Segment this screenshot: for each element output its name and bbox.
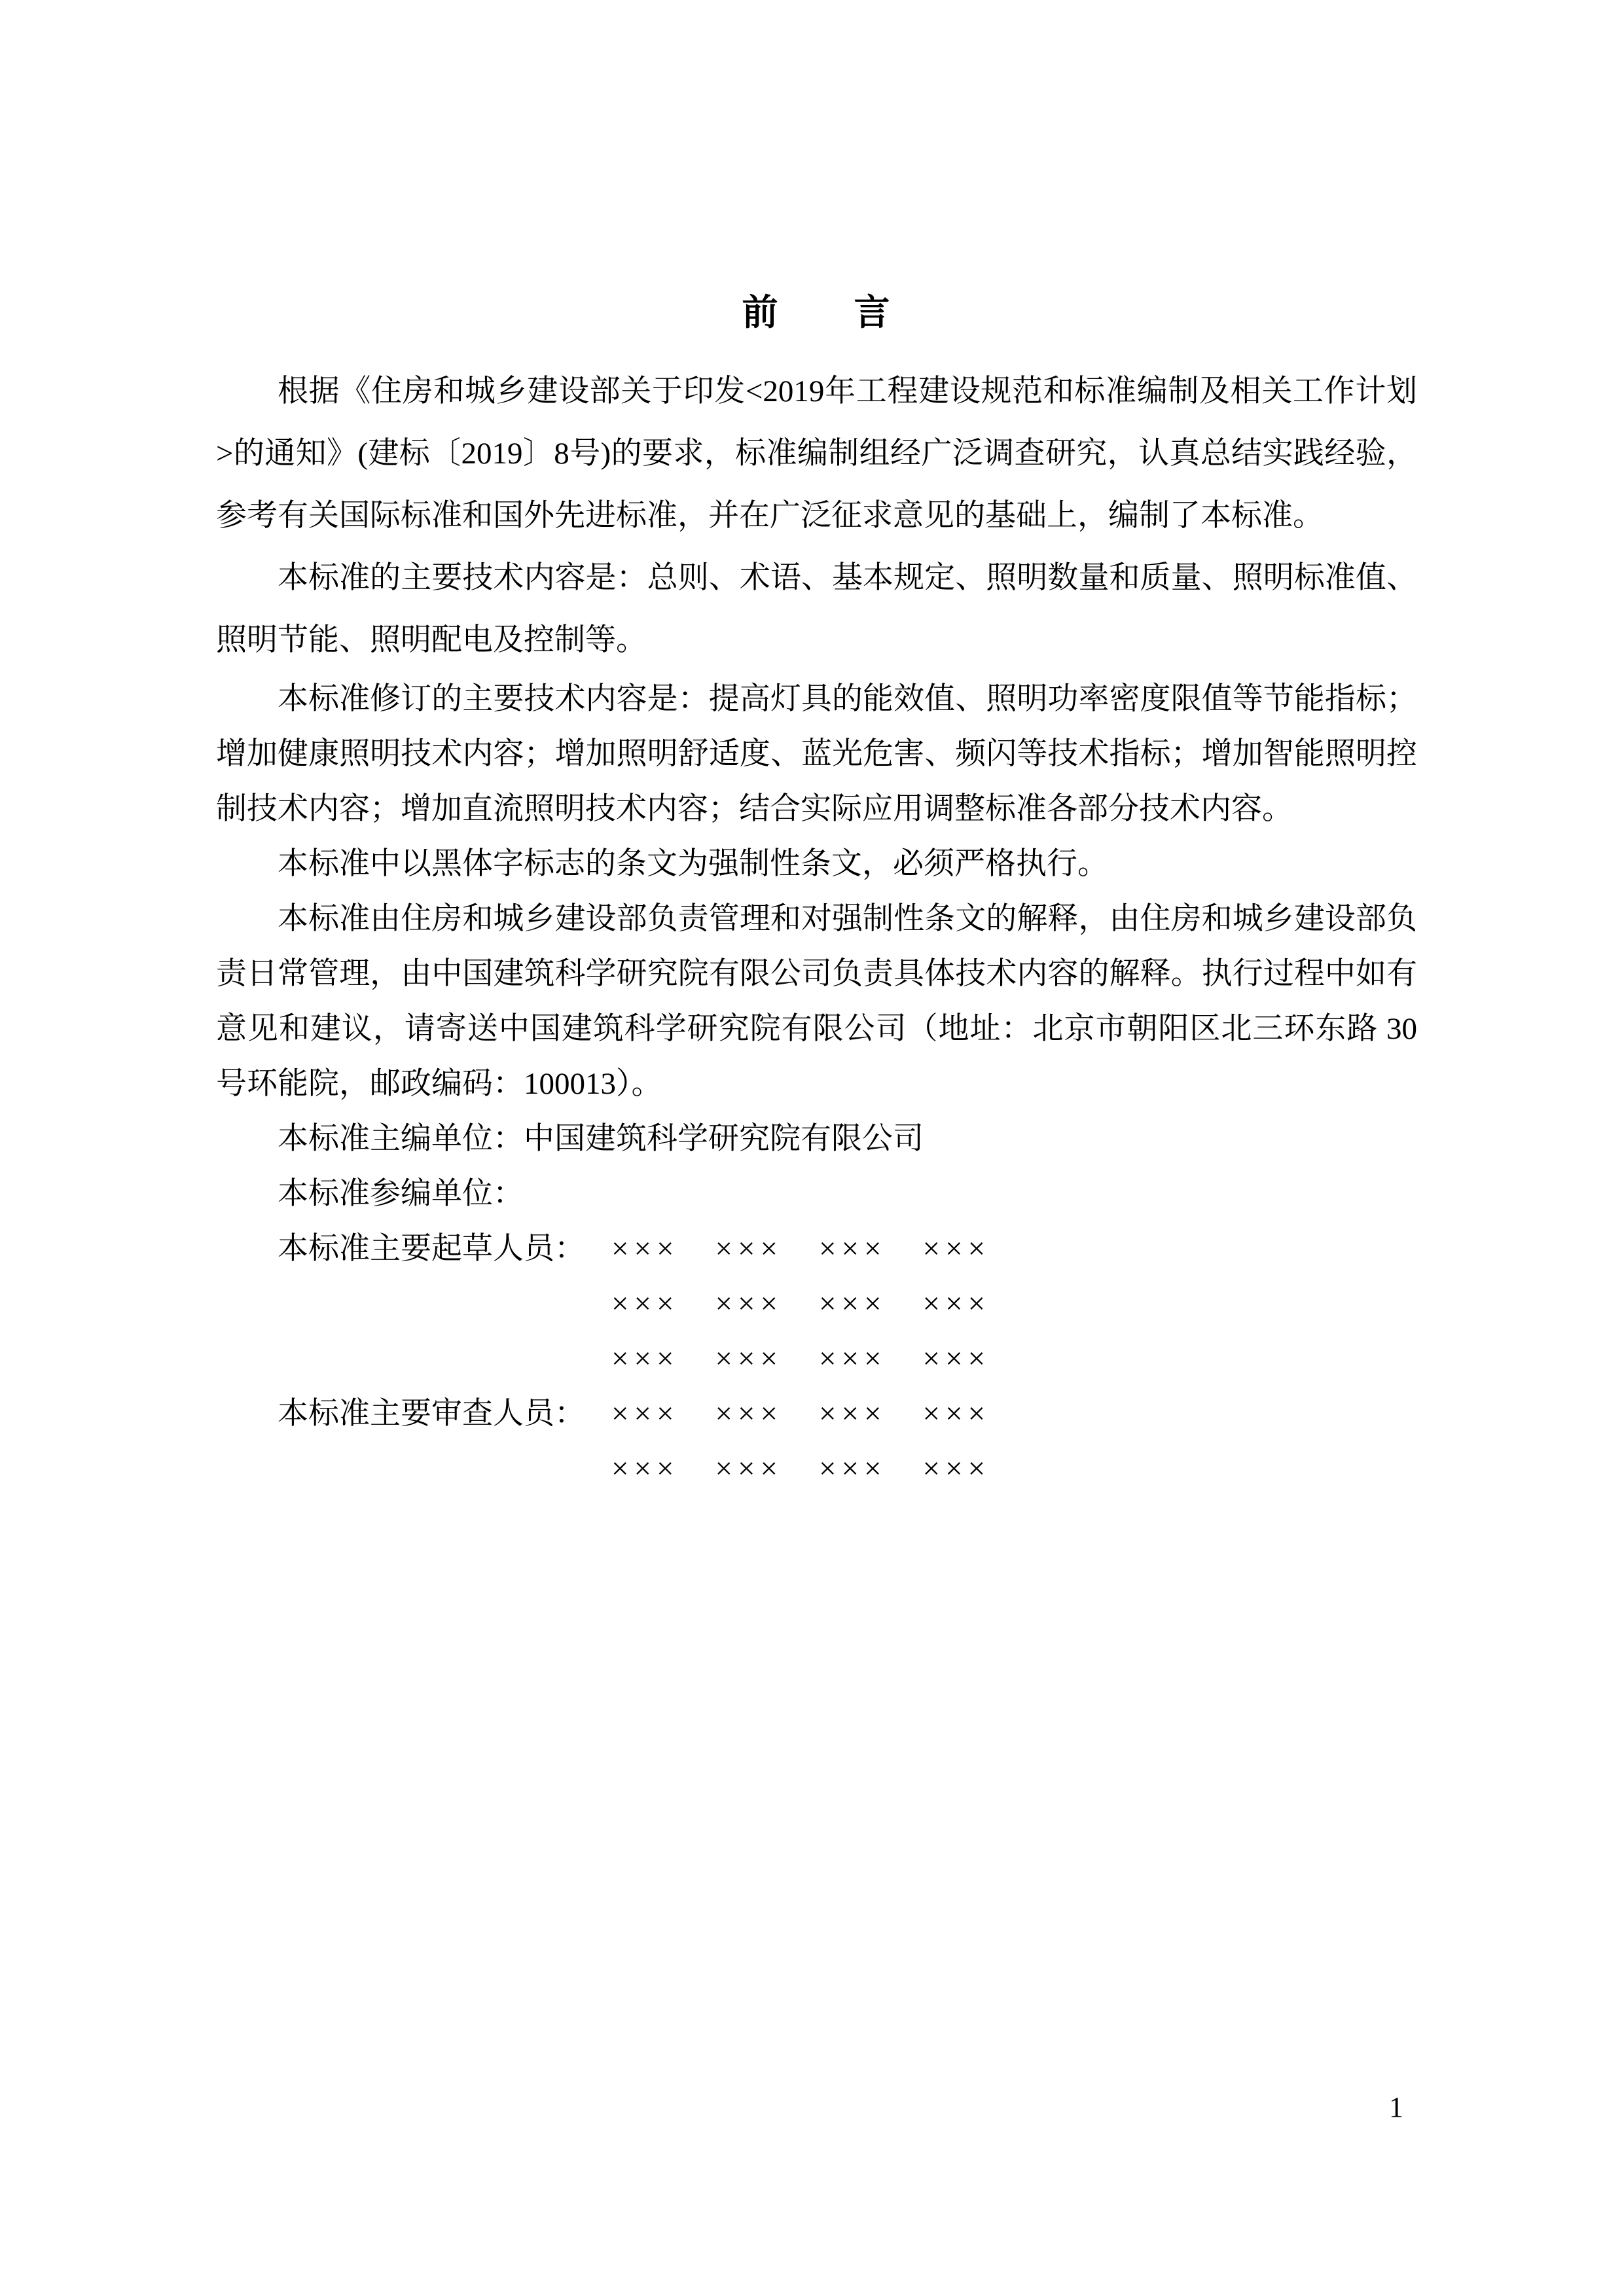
drafters-names-line: ××× ××× ××× ××× — [611, 1331, 990, 1386]
reviewers-names-line: ××× ××× ××× ××× — [611, 1441, 990, 1496]
drafters-names-line: ××× ××× ××× ××× — [611, 1276, 990, 1331]
paragraph-main-contents: 本标准的主要技术内容是：总则、术语、基本规定、照明数量和质量、照明标准值、照明节… — [216, 547, 1417, 672]
foreword-section: 前 言 根据《住房和城乡建设部关于印发<2019年工程建设规范和标准编制及相关工… — [216, 292, 1417, 1496]
drafters-label: 本标准主要起草人员： — [278, 1221, 585, 1276]
paragraph-administration: 本标准由住房和城乡建设部负责管理和对强制性条文的解释，由住房和城乡建设部负责日常… — [216, 891, 1417, 1111]
reviewers-label: 本标准主要审查人员： — [278, 1386, 585, 1441]
reviewers-names-line: ××× ××× ××× ××× — [611, 1386, 990, 1441]
chief-editor-line: 本标准主编单位：中国建筑科学研究院有限公司 — [216, 1111, 1417, 1166]
page-title: 前 言 — [216, 292, 1417, 332]
drafters-names: ××× ××× ××× ××× ××× ××× ××× ××× ××× ××× … — [611, 1221, 990, 1386]
reviewers-names: ××× ××× ××× ××× ××× ××× ××× ××× — [611, 1386, 990, 1496]
paragraph-basis: 根据《住房和城乡建设部关于印发<2019年工程建设规范和标准编制及相关工作计划>… — [216, 361, 1417, 547]
drafters-names-line: ××× ××× ××× ××× — [611, 1221, 990, 1276]
paragraph-mandatory-clauses: 本标准中以黑体字标志的条文为强制性条文，必须严格执行。 — [216, 836, 1417, 891]
participating-units-line: 本标准参编单位： — [216, 1166, 1417, 1221]
page-number: 1 — [1389, 2092, 1403, 2123]
paragraph-revision-contents: 本标准修订的主要技术内容是：提高灯具的能效值、照明功率密度限值等节能指标；增加健… — [216, 672, 1417, 836]
drafters-block: 本标准主要起草人员： ××× ××× ××× ××× ××× ××× ××× ×… — [216, 1221, 1417, 1386]
document-page: 前 言 根据《住房和城乡建设部关于印发<2019年工程建设规范和标准编制及相关工… — [0, 0, 1624, 2296]
reviewers-block: 本标准主要审查人员： ××× ××× ××× ××× ××× ××× ××× ×… — [216, 1386, 1417, 1496]
